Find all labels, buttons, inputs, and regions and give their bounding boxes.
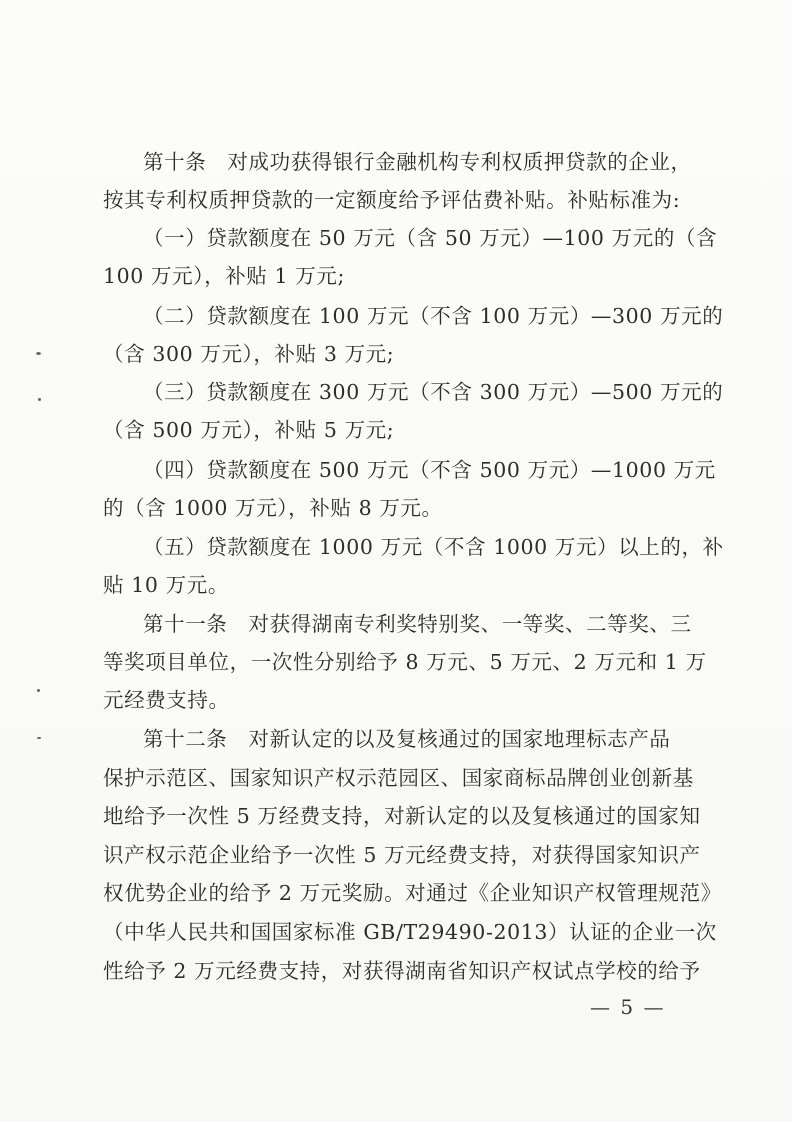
article-12-line-3: 地给予一次性 5 万经费支持，对新认定的以及复核通过的国家知 [103, 802, 683, 830]
article-10-line-2: 按其专利权质押贷款的一定额度给予评估费补贴。补贴标准为: [103, 186, 683, 214]
clause-4-line-1: （四）贷款额度在 500 万元（不含 500 万元）—1000 万元 [143, 456, 723, 484]
article-12-line-1: 第十二条 对新认定的以及复核通过的国家地理标志产品 [143, 725, 723, 753]
article-12-line-4: 识产权示范企业给予一次性 5 万元经费支持，对获得国家知识产 [103, 841, 683, 869]
article-12-line-2: 保护示范区、国家知识产权示范园区、国家商标品牌创业创新基 [103, 764, 683, 792]
article-11-line-2: 等奖项目单位，一次性分别给予 8 万元、5 万元、2 万元和 1 万 [103, 648, 683, 676]
scan-speck [38, 398, 41, 401]
clause-4-line-2: 的（含 1000 万元），补贴 8 万元。 [103, 494, 683, 522]
article-12-line-6: （中华人民共和国国家标准 GB/T29490-2013）认证的企业一次 [103, 918, 683, 946]
page-number: — 5 — [590, 995, 665, 1019]
article-12-line-5: 权优势企业的给予 2 万元奖励。对通过《企业知识产权管理规范》 [103, 879, 683, 907]
article-11-line-3: 元经费支持。 [103, 686, 683, 714]
clause-5-line-1: （五）贷款额度在 1000 万元（不含 1000 万元）以上的，补 [143, 533, 723, 561]
scan-speck [37, 689, 40, 692]
scan-speck [37, 737, 41, 739]
article-11-line-1: 第十一条 对获得湖南专利奖特别奖、一等奖、二等奖、三 [143, 610, 723, 638]
clause-1-line-2: 100 万元），补贴 1 万元; [103, 262, 683, 290]
scan-speck [36, 352, 41, 355]
clause-1-line-1: （一）贷款额度在 50 万元（含 50 万元）—100 万元的（含 [143, 224, 723, 252]
document-page: 第十条 对成功获得银行金融机构专利权质押贷款的企业， 按其专利权质押贷款的一定额… [0, 0, 792, 1122]
clause-3-line-1: （三）贷款额度在 300 万元（不含 300 万元）—500 万元的 [143, 378, 723, 406]
article-10-line-1: 第十条 对成功获得银行金融机构专利权质押贷款的企业， [143, 148, 723, 176]
clause-2-line-1: （二）贷款额度在 100 万元（不含 100 万元）—300 万元的 [143, 302, 723, 330]
clause-2-line-2: （含 300 万元），补贴 3 万元; [103, 340, 683, 368]
article-12-line-7: 性给予 2 万元经费支持，对获得湖南省知识产权试点学校的给予 [103, 957, 683, 985]
clause-5-line-2: 贴 10 万元。 [103, 571, 683, 599]
clause-3-line-2: （含 500 万元），补贴 5 万元; [103, 416, 683, 444]
